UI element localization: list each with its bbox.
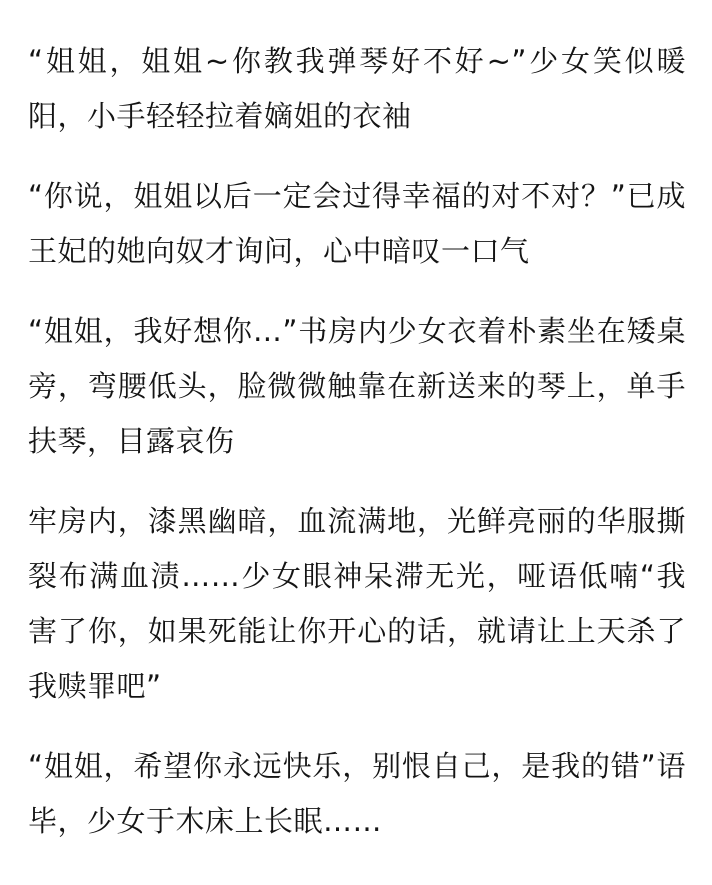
story-paragraph-2: “你说，姐姐以后一定会过得幸福的对不对？”已成王妃的她向奴才询问，心中暗叹一口气 bbox=[28, 169, 686, 279]
story-paragraph-3: “姐姐，我好想你…”书房内少女衣着朴素坐在矮桌旁，弯腰低头，脸微微触靠在新送来的… bbox=[28, 304, 686, 469]
story-paragraph-4: 牢房内，漆黑幽暗，血流满地，光鲜亮丽的华服撕裂布满血渍……少女眼神呆滞无光，哑语… bbox=[28, 494, 686, 714]
story-page: “姐姐，姐姐~你教我弹琴好不好~”少女笑似暖阳，小手轻轻拉着嫡姐的衣袖 “你说，… bbox=[0, 0, 712, 885]
story-paragraph-1: “姐姐，姐姐~你教我弹琴好不好~”少女笑似暖阳，小手轻轻拉着嫡姐的衣袖 bbox=[28, 34, 686, 144]
story-paragraph-5: “姐姐，希望你永远快乐，别恨自己，是我的错”语毕，少女于木床上长眠…… bbox=[28, 739, 686, 849]
